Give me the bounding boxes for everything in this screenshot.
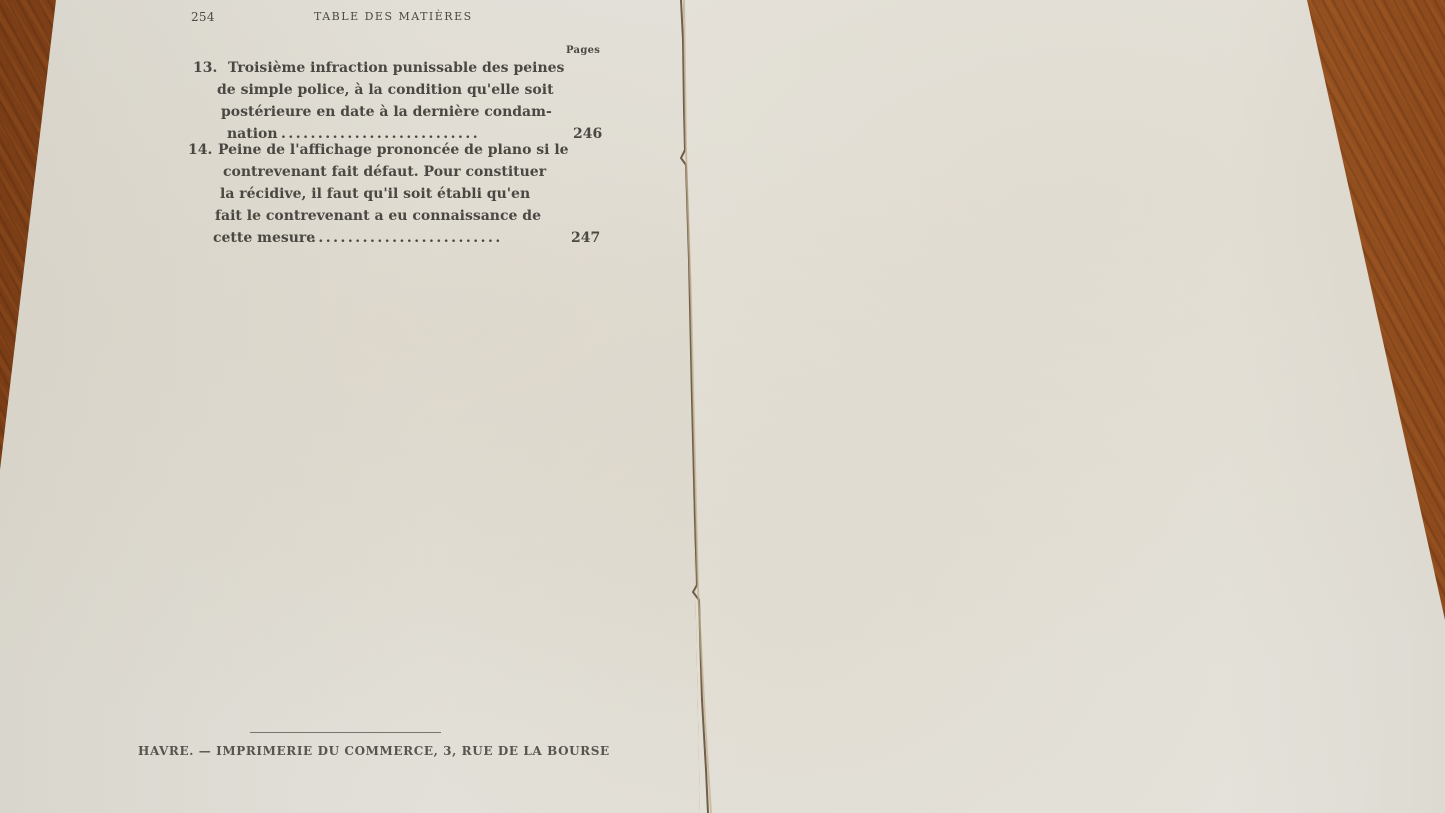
entry-line: la récidive, il faut qu'il soit établi q…: [220, 183, 530, 205]
entry-line: postérieure en date à la dernière condam…: [221, 101, 552, 123]
entry-line: cette mesure: [213, 227, 315, 249]
entry-line: Troisième infraction punissable des pein…: [228, 57, 564, 79]
footer-rule: [250, 732, 441, 733]
printer-imprint: HAVRE. — IMPRIMERIE DU COMMERCE, 3, RUE …: [138, 744, 610, 758]
entry-line: de simple police, à la condition qu'elle…: [217, 79, 554, 101]
entry-page-number: 247: [571, 227, 600, 249]
entry-line: fait le contrevenant a eu connaissance d…: [215, 205, 541, 227]
running-head-title: TABLE DES MATIÈRES: [314, 10, 473, 23]
toc-entry-14: 14. Peine de l'affichage prononcée de pl…: [183, 139, 613, 249]
pages-column-label: Pages: [566, 45, 600, 56]
dot-leader: ..........................: [311, 227, 503, 249]
page-number: 254: [191, 10, 215, 24]
toc-entry-13: 13. Troisième infraction punissable des …: [193, 57, 613, 145]
entry-line: Peine de l'affichage prononcée de plano …: [218, 139, 569, 161]
entry-number: 13.: [193, 57, 217, 79]
entry-line: contrevenant fait défaut. Pour constitue…: [223, 161, 546, 183]
entry-number: 14.: [188, 139, 212, 161]
